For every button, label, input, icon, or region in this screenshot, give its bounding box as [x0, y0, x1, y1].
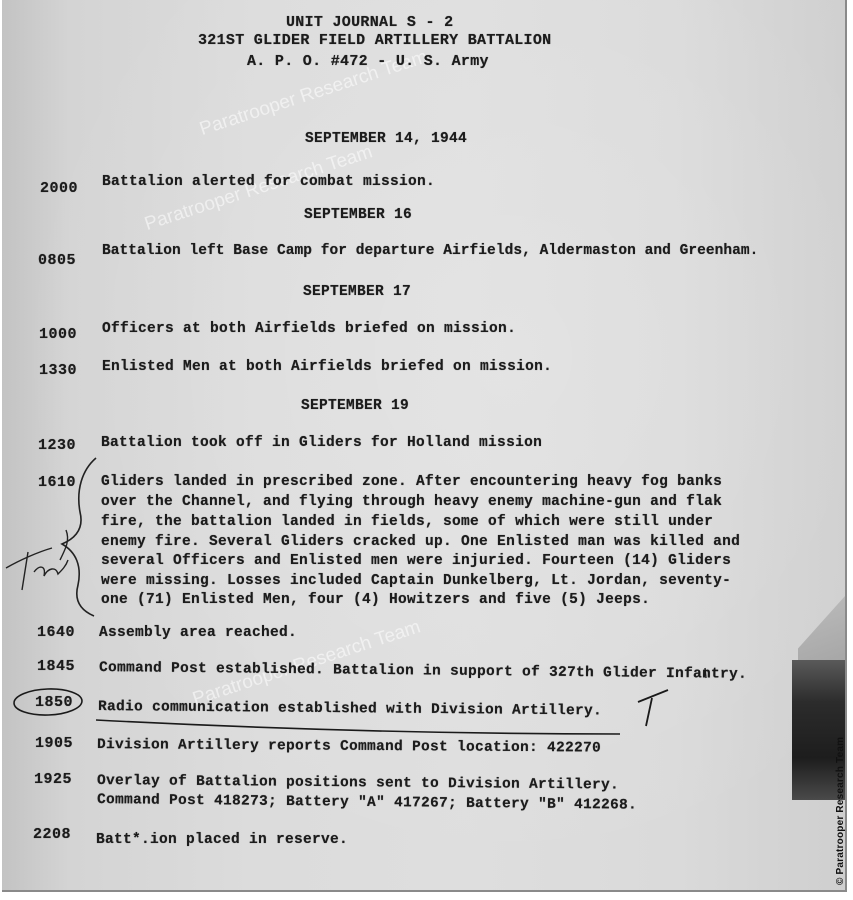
entry-time: 1845 [37, 658, 75, 675]
entry-text: Officers at both Airfields briefed on mi… [102, 321, 516, 337]
entry-text: Battalion took off in Gliders for Hollan… [101, 435, 542, 451]
entry-text: one (71) Enlisted Men, four (4) Howitzer… [101, 592, 650, 608]
entry-text: Command Post 418273; Battery "A" 417267;… [97, 792, 637, 814]
date-heading: SEPTEMBER 16 [304, 207, 412, 223]
entry-time: 1000 [39, 326, 77, 343]
entry-text: Batt*.ion placed in reserve. [96, 832, 348, 848]
entry-text: Assembly area reached. [99, 625, 297, 641]
entry-text: Battalion alerted for combat mission. [102, 174, 435, 190]
entry-text: were missing. Losses included Captain Du… [101, 573, 731, 589]
entry-time: 1640 [37, 624, 75, 641]
document-photo: Paratrooper Research Team Paratrooper Re… [0, 0, 853, 900]
entry-time: 1610 [38, 474, 76, 491]
entry-text: Overlay of Battalion positions sent to D… [97, 773, 619, 794]
entry-text: Radio communication established with Div… [98, 699, 602, 719]
entry-text: Battalion left Base Camp for departure A… [102, 243, 758, 259]
typed-page: Paratrooper Research Team Paratrooper Re… [2, 0, 847, 892]
paper-fold [798, 596, 845, 666]
date-heading: SEPTEMBER 14, 1944 [305, 131, 467, 147]
entry-text: fire, the battalion landed in fields, so… [101, 514, 713, 530]
entry-time: 1230 [38, 437, 76, 454]
entry-time: 1905 [35, 735, 73, 752]
entry-time: 2208 [33, 826, 71, 843]
entry-time: 1850 [35, 694, 73, 711]
entry-time: 1925 [34, 771, 72, 788]
header-line-2: 321ST GLIDER FIELD ARTILLERY BATTALION [198, 32, 551, 49]
entry-text: Enlisted Men at both Airfields briefed o… [102, 359, 552, 375]
entry-text: Gliders landed in prescribed zone. After… [101, 474, 722, 490]
entry-time: 0805 [38, 252, 76, 269]
entry-text: several Officers and Enlisted men were i… [101, 553, 731, 569]
entry-text: over the Channel, and flying through hea… [101, 494, 722, 510]
entry-time: 2000 [40, 180, 78, 197]
entry-text: Command Post established. Battalion in s… [99, 660, 747, 683]
date-heading: SEPTEMBER 19 [301, 398, 409, 414]
entry-text: enemy fire. Several Gliders cracked up. … [101, 534, 740, 550]
header-line-1: UNIT JOURNAL S - 2 [286, 14, 453, 31]
header-line-3: A. P. O. #472 - U. S. Army [247, 53, 489, 70]
date-heading: SEPTEMBER 17 [303, 284, 411, 300]
entry-time: 1330 [39, 362, 77, 379]
copyright-credit: © Paratrooper Research Team [835, 737, 846, 885]
entry-text: Division Artillery reports Command Post … [97, 737, 601, 757]
